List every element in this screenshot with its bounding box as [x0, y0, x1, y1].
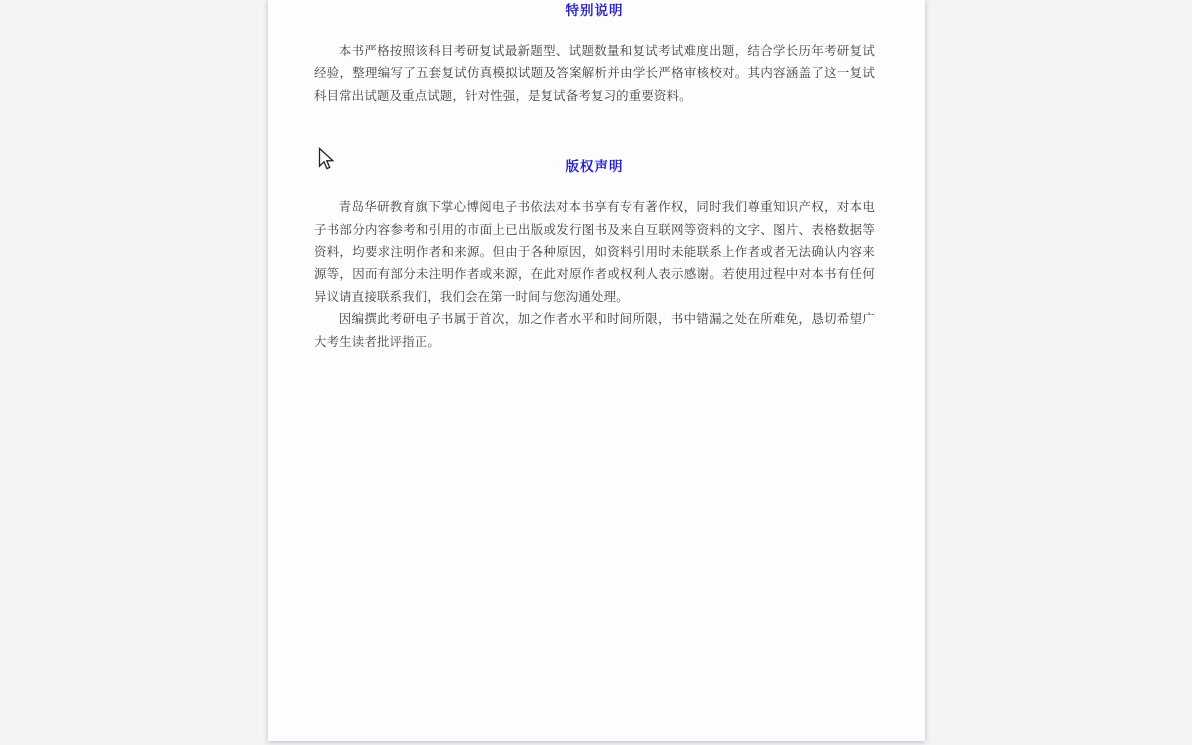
paragraph: 本书严格按照该科目考研复试最新题型、试题数量和复试考试难度出题，结合学长历年考研… — [314, 40, 875, 107]
section-copyright-notice: 版权声明 青岛华研教育旗下掌心博阅电子书依法对本书享有专有著作权，同时我们尊重知… — [314, 159, 875, 353]
viewer-background: 特别说明 本书严格按照该科目考研复试最新题型、试题数量和复试考试难度出题，结合学… — [0, 0, 1192, 745]
paragraph: 因编撰此考研电子书属于首次，加之作者水平和时间所限，书中错漏之处在所难免，恳切希… — [314, 308, 875, 353]
section-special-note: 特别说明 本书严格按照该科目考研复试最新题型、试题数量和复试考试难度出题，结合学… — [314, 3, 875, 107]
section-heading-special-note: 特别说明 — [314, 3, 875, 19]
section-heading-copyright: 版权声明 — [314, 159, 875, 175]
paragraph: 青岛华研教育旗下掌心博阅电子书依法对本书享有专有著作权，同时我们尊重知识产权，对… — [314, 196, 875, 308]
document-page: 特别说明 本书严格按照该科目考研复试最新题型、试题数量和复试考试难度出题，结合学… — [268, 0, 925, 741]
